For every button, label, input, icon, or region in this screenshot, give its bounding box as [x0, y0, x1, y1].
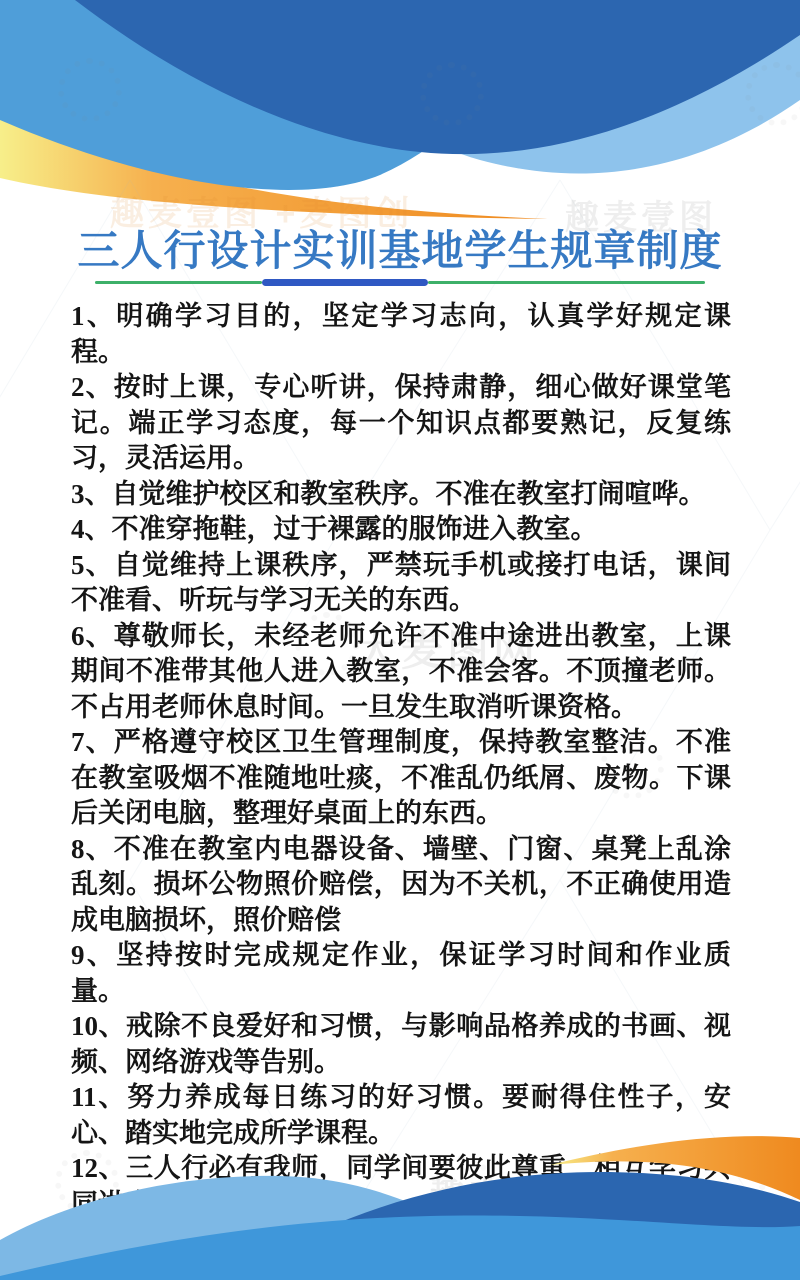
divider-green-left: [95, 281, 262, 284]
divider-blue-center: [262, 279, 428, 286]
title-divider: [95, 279, 705, 286]
rule-item-8: 8、不准在教室内电器设备、墙壁、门窗、桌凳上乱涂乱刻。损坏公物照价赔偿，因为不关…: [71, 832, 731, 939]
rule-item-3: 3、自觉维护校区和教室秩序。不准在教室打闹喧哗。: [71, 477, 731, 513]
footer-wave-graphic: [0, 1080, 800, 1280]
rule-item-6: 6、尊敬师长，未经老师允许不准中途进出教室，上课期间不准带其他人进入教室，不准会…: [71, 619, 731, 726]
rule-item-4: 4、不准穿拖鞋，过于裸露的服饰进入教室。: [71, 512, 731, 548]
rule-item-9: 9、坚持按时完成规定作业，保证学习时间和作业质量。: [71, 938, 731, 1009]
rule-item-7: 7、严格遵守校区卫生管理制度，保持教室整洁。不准在教室吸烟不准随地吐痰，不准乱仍…: [71, 725, 731, 832]
rule-item-5: 5、自觉维持上课秩序，严禁玩手机或接打电话，课间不准看、听玩与学习无关的东西。: [71, 548, 731, 619]
divider-green-right: [428, 281, 705, 284]
rules-poster: 趣麦壹图 +麦图创 趣麦壹图 大麦图网 趣麦壹图 三人行设计实训基地学生规章制度…: [0, 0, 800, 1280]
rule-item-1: 1、明确学习目的，坚定学习志向，认真学好规定课程。: [71, 299, 731, 370]
poster-title: 三人行设计实训基地学生规章制度: [0, 218, 800, 278]
rule-item-2: 2、按时上课，专心听讲，保持肃静，细心做好课堂笔记。端正学习态度，每一个知识点都…: [71, 370, 731, 477]
header-wave-graphic: [0, 0, 800, 235]
rule-item-10: 10、戒除不良爱好和习惯，与影响品格养成的书画、视频、网络游戏等告别。: [71, 1009, 731, 1080]
